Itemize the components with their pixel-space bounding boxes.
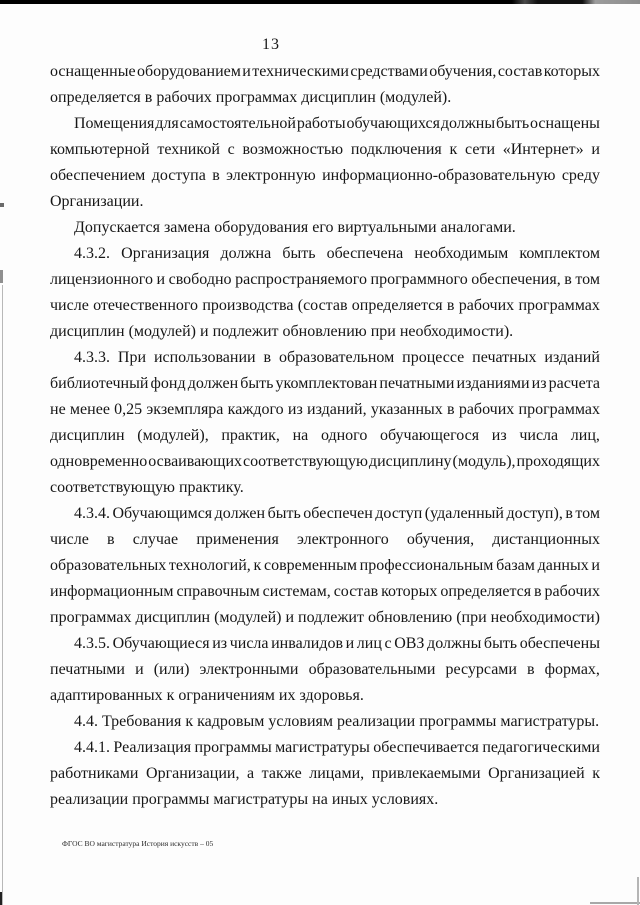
paragraph: 4.4.1.Реализацияпрограммымагистратурыобе… xyxy=(50,735,600,813)
page-number: 13 xyxy=(262,36,280,54)
text-line: 4.4.1.Реализацияпрограммымагистратурыобе… xyxy=(50,735,600,761)
text-line: соответствующую практику. xyxy=(50,475,600,501)
text-line: реализации программы магистратуры на ины… xyxy=(50,787,600,813)
text-line: 4.3.4.Обучающимсядолженбытьобеспечендост… xyxy=(50,501,600,527)
text-line: Помещениядлясамостоятельнойработыобучающ… xyxy=(50,111,600,137)
text-line: определяется в рабочих программах дисцип… xyxy=(50,85,600,111)
text-line: печатнымии(или)электроннымиобразовательн… xyxy=(50,657,600,683)
paragraph: Допускается замена оборудования его вирт… xyxy=(50,215,600,241)
paragraph: 4.4. Требования к кадровым условиям реал… xyxy=(50,709,600,735)
paragraph: оснащенныеоборудованиемитехническимисред… xyxy=(50,59,600,111)
text-line: 4.3.5.ОбучающиесяизчислаинвалидовилицсОВ… xyxy=(50,631,600,657)
scan-artifact-left-tick xyxy=(0,203,4,207)
document-page: 13 оснащенныеоборудованиемитехническимис… xyxy=(0,0,640,905)
text-block: оснащенныеоборудованиемитехническимисред… xyxy=(50,59,600,813)
footer-stamp: ФГОС ВО магистратура История искусств – … xyxy=(62,839,213,848)
text-line: дисциплин (модулей) и подлежит обновлени… xyxy=(50,319,600,345)
scan-artifact-bottom-right-vline xyxy=(637,877,639,905)
text-line: образовательныхтехнологий,ксовременнымпр… xyxy=(50,553,600,579)
text-line: числеотечественногопроизводства(составоп… xyxy=(50,293,600,319)
text-line: дисциплин(модулей),практик,наодногообуча… xyxy=(50,423,600,449)
scan-artifact-left-tick xyxy=(0,270,3,283)
text-line: 4.4. Требования к кадровым условиям реал… xyxy=(50,709,600,735)
text-line: лицензионногоисвободнораспространяемогоп… xyxy=(50,267,600,293)
text-line: числевслучаепримененияэлектронногообучен… xyxy=(50,527,600,553)
text-line: компьютернойтехникойсвозможностьюподключ… xyxy=(50,137,600,163)
scan-artifact-left-line xyxy=(2,285,3,905)
text-line: неменее0,25экземпляракаждогоизизданий,ук… xyxy=(50,397,600,423)
paragraph: 4.3.4.Обучающимсядолженбытьобеспечендост… xyxy=(50,501,600,631)
paragraph: 4.3.2.Организациядолжнабытьобеспеченанео… xyxy=(50,241,600,345)
scan-artifact-bottom-right-hline xyxy=(590,902,640,904)
text-line: 4.3.3.Прииспользованиивобразовательномпр… xyxy=(50,345,600,371)
text-line: Допускается замена оборудования его вирт… xyxy=(50,215,600,241)
text-line: оснащенныеоборудованиемитехническимисред… xyxy=(50,59,600,85)
text-line: одновременноосваивающихсоответствующуюди… xyxy=(50,449,600,475)
text-line: программах дисциплин (модулей) и подлежи… xyxy=(50,605,600,631)
text-line: библиотечныйфонддолженбытьукомплектованп… xyxy=(50,371,600,397)
paragraph: Помещениядлясамостоятельнойработыобучающ… xyxy=(50,111,600,215)
text-line: Организации. xyxy=(50,189,600,215)
scan-artifact-bottom-left xyxy=(0,892,2,905)
text-line: 4.3.2.Организациядолжнабытьобеспеченанео… xyxy=(50,241,600,267)
text-line: адаптированных к ограничениям их здоровь… xyxy=(50,683,600,709)
text-line: работникамиОрганизации,атакжелицами,прив… xyxy=(50,761,600,787)
paragraph: 4.3.5.ОбучающиесяизчислаинвалидовилицсОВ… xyxy=(50,631,600,709)
text-line: информационнымсправочнымсистемам,составк… xyxy=(50,579,600,605)
scan-artifact-top-bar xyxy=(0,0,640,4)
paragraph: 4.3.3.Прииспользованиивобразовательномпр… xyxy=(50,345,600,501)
text-line: обеспечениемдоступавэлектроннуюинформаци… xyxy=(50,163,600,189)
